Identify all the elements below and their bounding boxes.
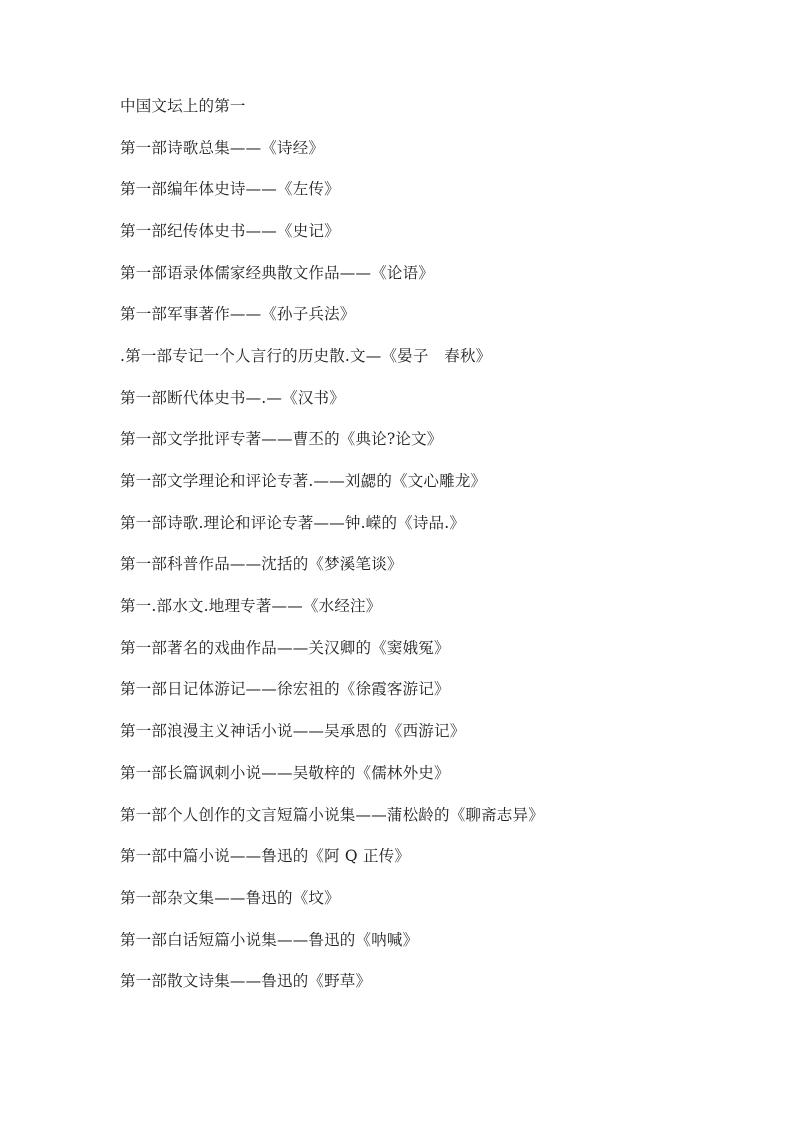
document-line: 第一部著名的戏曲作品——关汉卿的《窦娥冤》 (120, 626, 753, 668)
document-page: 中国文坛上的第一 第一部诗歌总集——《诗经》第一部编年体史诗——《左传》第一部纪… (0, 0, 793, 1122)
document-line: 第一部断代体史书—.—《汉书》 (120, 376, 753, 418)
document-line: 第一部诗歌总集——《诗经》 (120, 126, 753, 168)
document-line: 第一部军事著作——《孙子兵法》 (120, 292, 753, 334)
document-line: 第一部文学理论和评论专著.——刘勰的《文心雕龙》 (120, 459, 753, 501)
document-line: 第一部散文诗集——鲁迅的《野草》 (120, 959, 753, 1001)
document-line: 第一部杂文集——鲁迅的《坟》 (120, 876, 753, 918)
document-line: 第一部编年体史诗——《左传》 (120, 167, 753, 209)
document-line: 第一部浪漫主义神话小说——吴承恩的《西游记》 (120, 709, 753, 751)
document-line: 第一部白话短篇小说集——鲁迅的《呐喊》 (120, 918, 753, 960)
document-line: 第一部科普作品——沈括的《梦溪笔谈》 (120, 543, 753, 585)
document-line: 第一部日记体游记——徐宏祖的《徐霞客游记》 (120, 668, 753, 710)
document-line: 第一部中篇小说——鲁迅的《阿 Q 正传》 (120, 834, 753, 876)
document-line: 第一部长篇讽刺小说——吴敬梓的《儒林外史》 (120, 751, 753, 793)
document-line: 第一部文学批评专著——曹丕的《典论?论文》 (120, 418, 753, 460)
document-lines: 第一部诗歌总集——《诗经》第一部编年体史诗——《左传》第一部纪传体史书——《史记… (120, 126, 753, 1001)
document-line: .第一部专记一个人言行的历史散.文—《晏子 春秋》 (120, 334, 753, 376)
document-title: 中国文坛上的第一 (120, 84, 753, 126)
document-line: 第一部诗歌.理论和评论专著——钟.嵘的《诗品.》 (120, 501, 753, 543)
document-line: 第一部语录体儒家经典散文作品——《论语》 (120, 251, 753, 293)
document-body: 中国文坛上的第一 第一部诗歌总集——《诗经》第一部编年体史诗——《左传》第一部纪… (120, 84, 753, 1001)
document-line: 第一.部水文.地理专著——《水经注》 (120, 584, 753, 626)
document-line: 第一部个人创作的文言短篇小说集——蒲松龄的《聊斋志异》 (120, 793, 753, 835)
document-line: 第一部纪传体史书——《史记》 (120, 209, 753, 251)
